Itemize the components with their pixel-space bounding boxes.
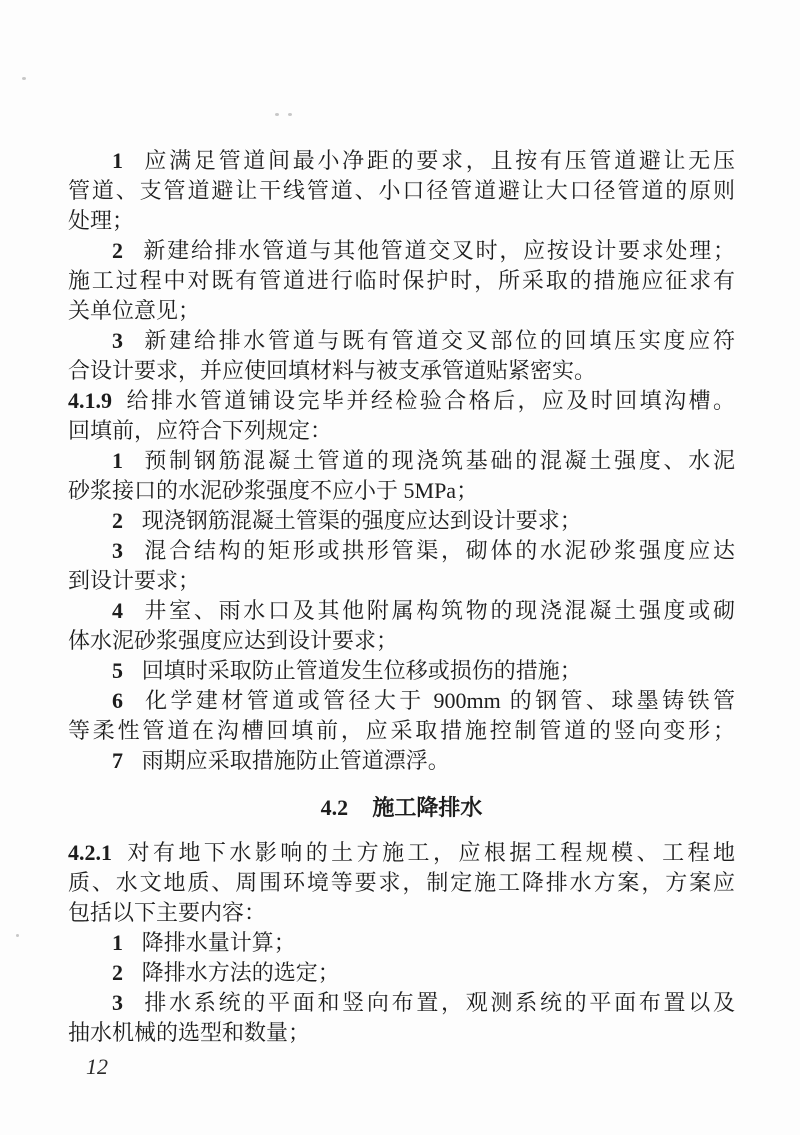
text-line: 施工过程中对既有管道进行临时保护时，所采取的措施应征求有	[68, 266, 735, 296]
text-line: 体水泥砂浆强度应达到设计要求；	[68, 626, 735, 656]
text-line: 6化学建材管道或管径大于 900mm 的钢管、球墨铸铁管	[68, 686, 735, 716]
text-line: 4井室、雨水口及其他附属构筑物的现浇混凝土强度或砌	[68, 596, 735, 626]
line-text: 施工降排水	[372, 795, 482, 820]
scan-speck	[16, 934, 19, 937]
line-num: 1	[112, 930, 123, 955]
line-num: 3	[112, 538, 123, 563]
text-line: 质、水文地质、周围环境等要求，制定施工降排水方案，方案应	[68, 868, 735, 898]
text-line: 1降排水量计算；	[68, 928, 735, 958]
line-text: 对有地下水影响的土方施工，应根据工程规模、工程地	[124, 840, 735, 865]
line-text: 包括以下主要内容：	[68, 900, 266, 925]
text-line: 5回填时采取防止管道发生位移或损伤的措施；	[68, 656, 735, 686]
line-text: 井室、雨水口及其他附属构筑物的现浇混凝土强度或砌	[142, 598, 735, 623]
line-text: 降排水方法的选定；	[142, 960, 340, 985]
text-line: 关单位意见；	[68, 296, 735, 326]
line-text: 混合结构的矩形或拱形管渠，砌体的水泥砂浆强度应达	[142, 538, 735, 563]
line-text: 等柔性管道在沟槽回填前，应采取措施控制管道的竖向变形；	[68, 718, 735, 743]
line-num: 4.1.9	[68, 388, 112, 413]
page-number: 12	[86, 1052, 108, 1082]
line-text: 砂浆接口的水泥砂浆强度不应小于 5MPa；	[68, 478, 478, 503]
text-line: 等柔性管道在沟槽回填前，应采取措施控制管道的竖向变形；	[68, 716, 735, 746]
line-num: 4.2.1	[68, 840, 112, 865]
line-num: 4.2	[321, 795, 349, 820]
text-line: 4.1.9给排水管道铺设完毕并经检验合格后，应及时回填沟槽。	[68, 386, 735, 416]
line-text: 施工过程中对既有管道进行临时保护时，所采取的措施应征求有	[68, 268, 735, 293]
line-num: 2	[112, 508, 123, 533]
text-line: 1预制钢筋混凝土管道的现浇筑基础的混凝土强度、水泥	[68, 446, 735, 476]
line-text: 新建给排水管道与既有管道交叉部位的回填压实度应符	[142, 328, 735, 353]
line-text: 抽水机械的选型和数量；	[68, 1020, 310, 1045]
line-num: 2	[112, 238, 123, 263]
text-line: 抽水机械的选型和数量；	[68, 1018, 735, 1048]
line-text: 给排水管道铺设完毕并经检验合格后，应及时回填沟槽。	[124, 388, 735, 413]
scan-speck	[288, 113, 292, 116]
text-line: 合设计要求，并应使回填材料与被支承管道贴紧密实。	[68, 356, 735, 386]
text-line: 管道、支管道避让干线管道、小口径管道避让大口径管道的原则	[68, 176, 735, 206]
line-text: 回填前，应符合下列规定：	[68, 418, 332, 443]
line-num: 2	[112, 960, 123, 985]
line-text: 体水泥砂浆强度应达到设计要求；	[68, 628, 398, 653]
text-line: 2降排水方法的选定；	[68, 958, 735, 988]
line-text: 合设计要求，并应使回填材料与被支承管道贴紧密实。	[68, 358, 596, 383]
line-text: 现浇钢筋混凝土管渠的强度应达到设计要求；	[142, 508, 582, 533]
text-line: 3混合结构的矩形或拱形管渠，砌体的水泥砂浆强度应达	[68, 536, 735, 566]
line-num: 4	[112, 598, 123, 623]
line-num: 3	[112, 328, 123, 353]
section-heading: 4.2施工降排水	[68, 793, 735, 823]
text-line: 包括以下主要内容：	[68, 898, 735, 928]
line-num: 7	[112, 748, 123, 773]
text-line: 7雨期应采取措施防止管道漂浮。	[68, 746, 735, 776]
text-line: 1应满足管道间最小净距的要求，且按有压管道避让无压	[68, 146, 735, 176]
text-line: 回填前，应符合下列规定：	[68, 416, 735, 446]
line-num: 6	[112, 688, 123, 713]
scan-speck	[22, 77, 26, 80]
line-num: 3	[112, 990, 123, 1015]
text-line: 到设计要求；	[68, 566, 735, 596]
line-text: 化学建材管道或管径大于 900mm 的钢管、球墨铸铁管	[142, 688, 735, 713]
text-line: 处理；	[68, 206, 735, 236]
text-line: 3排水系统的平面和竖向布置，观测系统的平面布置以及	[68, 988, 735, 1018]
text-line: 2新建给排水管道与其他管道交叉时，应按设计要求处理；	[68, 236, 735, 266]
line-text: 应满足管道间最小净距的要求，且按有压管道避让无压	[142, 148, 735, 173]
line-text: 雨期应采取措施防止管道漂浮。	[142, 748, 450, 773]
document-lines: 1应满足管道间最小净距的要求，且按有压管道避让无压管道、支管道避让干线管道、小口…	[68, 146, 735, 1048]
line-num: 1	[112, 148, 123, 173]
line-text: 处理；	[68, 208, 134, 233]
text-line: 3新建给排水管道与既有管道交叉部位的回填压实度应符	[68, 326, 735, 356]
line-text: 降排水量计算；	[142, 930, 296, 955]
line-text: 排水系统的平面和竖向布置，观测系统的平面布置以及	[142, 990, 735, 1015]
line-text: 到设计要求；	[68, 568, 200, 593]
scanned-document-page: 1应满足管道间最小净距的要求，且按有压管道避让无压管道、支管道避让干线管道、小口…	[0, 0, 800, 1135]
line-text: 质、水文地质、周围环境等要求，制定施工降排水方案，方案应	[68, 870, 735, 895]
line-num: 1	[112, 448, 123, 473]
line-text: 关单位意见；	[68, 298, 200, 323]
line-text: 预制钢筋混凝土管道的现浇筑基础的混凝土强度、水泥	[142, 448, 735, 473]
line-text: 新建给排水管道与其他管道交叉时，应按设计要求处理；	[142, 238, 735, 263]
text-line: 2现浇钢筋混凝土管渠的强度应达到设计要求；	[68, 506, 735, 536]
line-text: 回填时采取防止管道发生位移或损伤的措施；	[142, 658, 582, 683]
line-num: 5	[112, 658, 123, 683]
text-line: 4.2.1对有地下水影响的土方施工，应根据工程规模、工程地	[68, 838, 735, 868]
scan-speck	[275, 113, 279, 116]
line-text: 管道、支管道避让干线管道、小口径管道避让大口径管道的原则	[68, 178, 735, 203]
text-line: 砂浆接口的水泥砂浆强度不应小于 5MPa；	[68, 476, 735, 506]
